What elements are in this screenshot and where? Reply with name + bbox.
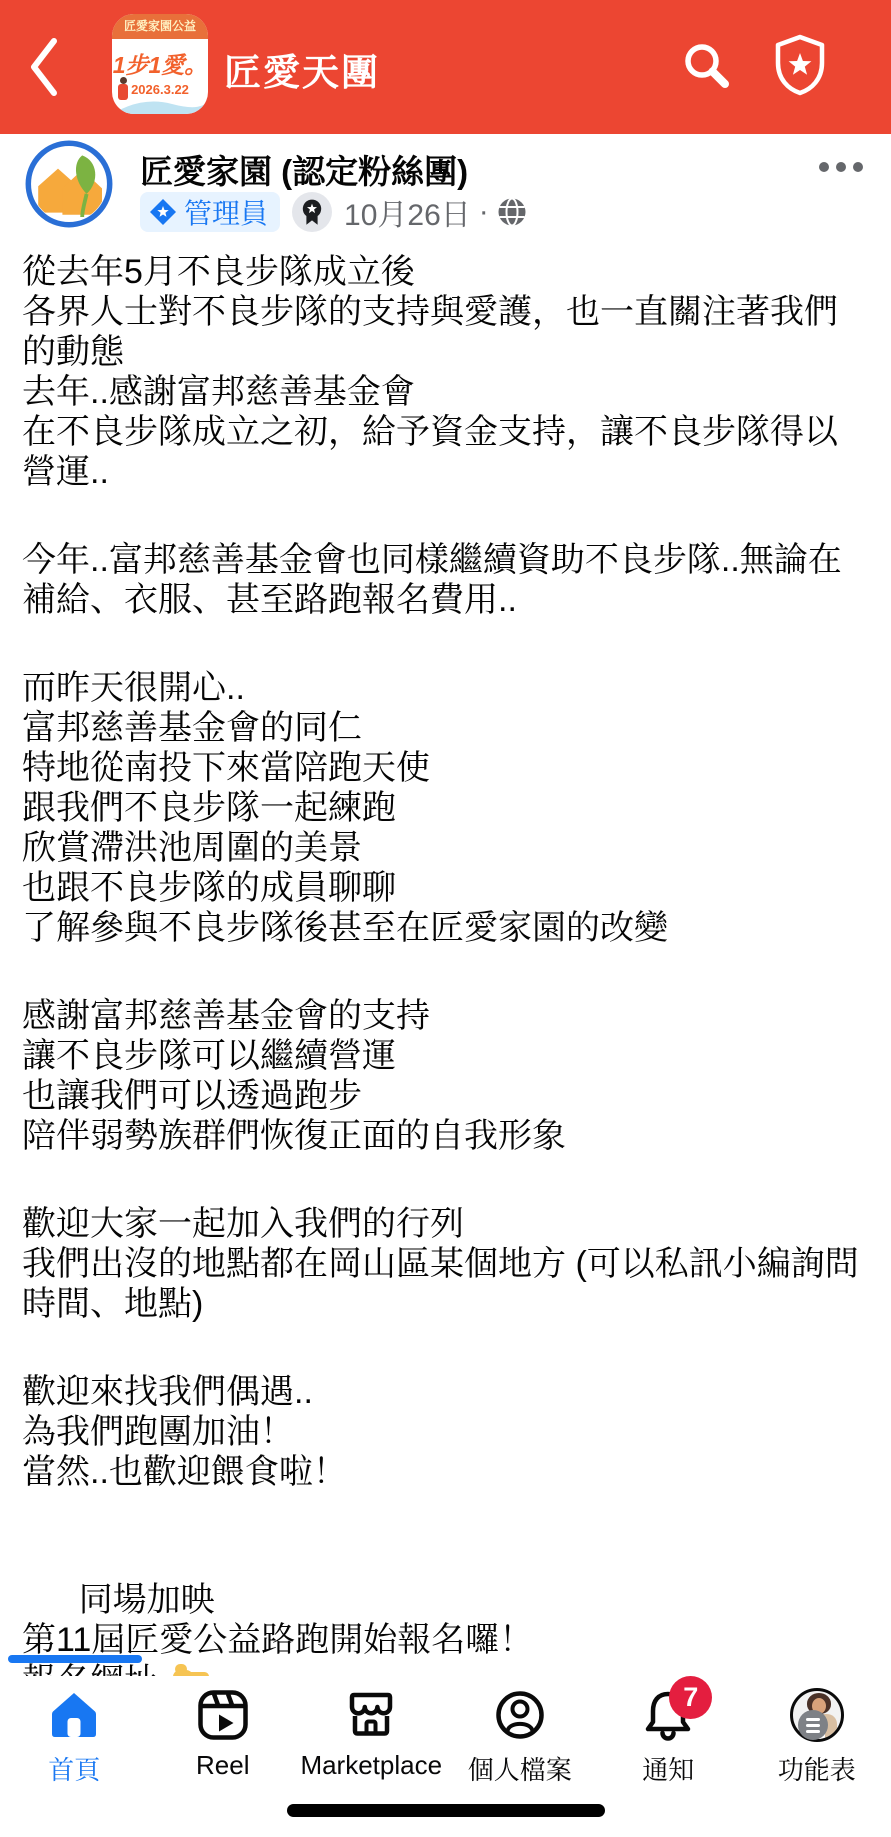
- page-logo-house-leaf-icon: [25, 140, 113, 228]
- admin-badge-label: 管理員: [184, 192, 268, 232]
- post-paragraph: 今年..富邦慈善基金會也同樣繼續資助不良步隊..無論在補給、衣服、甚至路跑報名費…: [22, 540, 869, 620]
- ellipsis-icon: [819, 162, 829, 172]
- poster-wave-decoration: [112, 94, 208, 114]
- hamburger-menu-icon: [798, 1710, 828, 1740]
- nav-item-menu[interactable]: 功能表: [743, 1676, 891, 1837]
- post-paragraph: 而昨天很開心.. 富邦慈善基金會的同仁 特地從南投下來當陪跑天使 跟我們不良步隊…: [22, 668, 869, 948]
- post-paragraph: 感謝富邦慈善基金會的支持 讓不良步隊可以繼續營運 也讓我們可以透過跑步 陪伴弱勢…: [22, 996, 869, 1156]
- poster-runner-figure: [120, 77, 127, 84]
- registration-link-underline[interactable]: [8, 1655, 142, 1663]
- home-icon: [48, 1689, 100, 1741]
- nav-label-menu: 功能表: [778, 1750, 856, 1787]
- globe-public-icon: [497, 197, 527, 227]
- date-separator: ·: [479, 195, 489, 229]
- post-paragraph: 歡迎來找我們偶遇.. 為我們跑團加油！ 當然..也歡迎餵食啦！: [22, 1372, 869, 1492]
- page-name[interactable]: 匠愛家園 (認定粉絲團): [140, 146, 468, 193]
- shield-star-icon: [770, 33, 830, 97]
- nav-label-reels: Reel: [196, 1750, 249, 1781]
- nav-label-home: 首頁: [48, 1750, 100, 1787]
- poster-headline: 1步1愛。: [112, 47, 208, 80]
- nav-label-profile: 個人檔案: [468, 1750, 572, 1787]
- conversation-title: 匠愛天團: [224, 42, 380, 96]
- event-poster-thumbnail[interactable]: 匠愛家園公益 1步1愛。 2026.3.22: [112, 14, 208, 114]
- notification-count-badge: 7: [669, 1676, 712, 1719]
- nav-label-notifications: 通知: [642, 1750, 694, 1787]
- post-paragraph: 歡迎大家一起加入我們的行列 我們出沒的地點都在岡山區某個地方 (可以私訊小編詢問…: [22, 1204, 869, 1324]
- search-button[interactable]: [676, 34, 736, 96]
- chevron-left-icon: [24, 35, 64, 99]
- moderation-button[interactable]: [770, 34, 830, 96]
- home-indicator[interactable]: [287, 1804, 605, 1817]
- page-avatar[interactable]: [25, 140, 113, 228]
- post-options-button[interactable]: [819, 162, 863, 172]
- post-timestamp: 10月26日 ·: [344, 190, 527, 234]
- profile-icon: [494, 1689, 546, 1741]
- nav-item-reels[interactable]: Reel: [149, 1676, 298, 1837]
- post-header: 匠愛家園 (認定粉絲團) 管理員 10月26日 ·: [0, 134, 891, 252]
- post-date-text: 10月26日: [344, 190, 471, 234]
- app-header: 匠愛家園公益 1步1愛。 2026.3.22 匠愛天團: [0, 0, 891, 134]
- medal-star-icon: [296, 193, 328, 231]
- nav-item-notifications[interactable]: 7 通知: [594, 1676, 743, 1837]
- post-meta-row: 管理員 10月26日 ·: [140, 190, 527, 234]
- top-fan-badge: [292, 192, 332, 232]
- back-button[interactable]: [20, 32, 68, 102]
- facebook-mobile-screen: 匠愛家園公益 1步1愛。 2026.3.22 匠愛天團: [0, 0, 891, 1837]
- nav-label-marketplace: Marketplace: [300, 1750, 442, 1781]
- poster-banner-text: 匠愛家園公益: [112, 14, 208, 39]
- search-icon: [678, 37, 734, 93]
- marketplace-icon: [345, 1689, 397, 1741]
- admin-badge: 管理員: [140, 192, 280, 232]
- post-paragraph: 從去年5月不良步隊成立後 各界人士對不良步隊的支持與愛護，也一直關注著我們的動態…: [22, 252, 869, 492]
- reels-icon: [197, 1689, 249, 1741]
- admin-diamond-star-icon: [149, 198, 177, 226]
- nav-item-home[interactable]: 首頁: [0, 1676, 149, 1837]
- post-body: 從去年5月不良步隊成立後 各界人士對不良步隊的支持與愛護，也一直關注著我們的動態…: [22, 252, 869, 1741]
